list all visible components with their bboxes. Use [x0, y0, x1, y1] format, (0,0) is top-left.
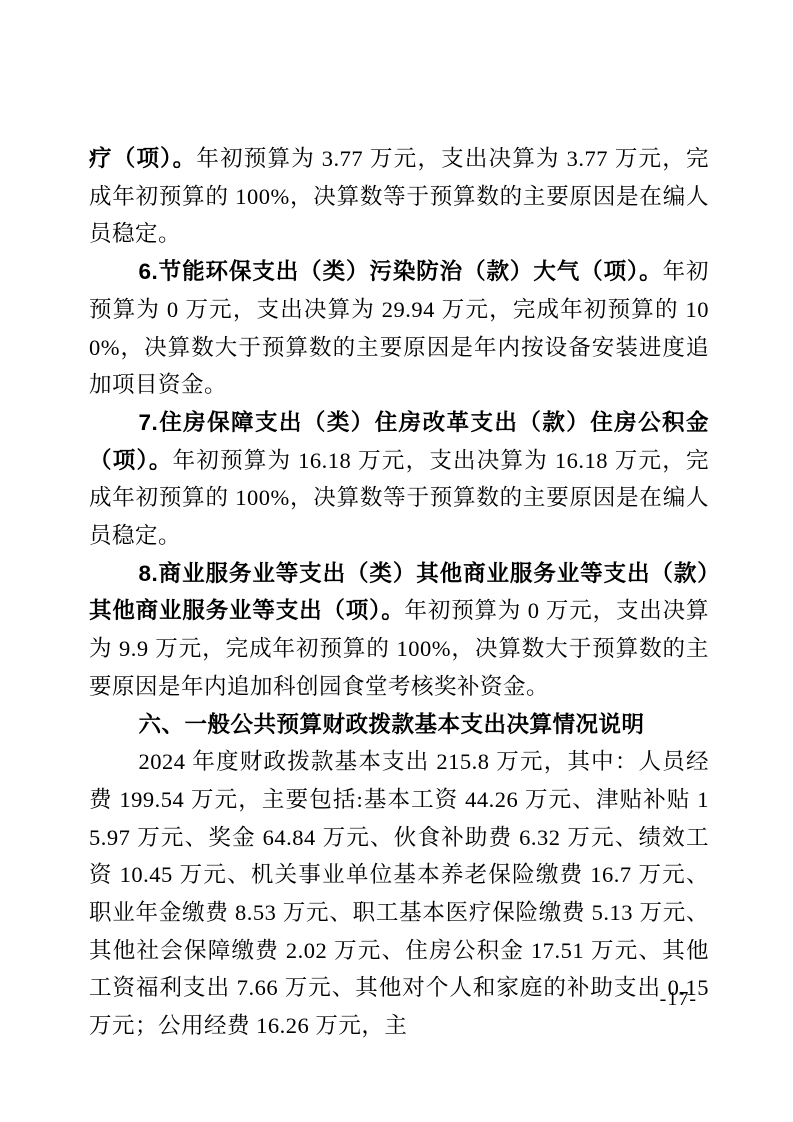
document-body: 疗（项）。年初预算为 3.77 万元，支出决算为 3.77 万元，完成年初预算的…: [89, 140, 709, 1045]
section-heading-basic-expenditure: 六、一般公共预算财政拨款基本支出决算情况说明: [89, 706, 709, 744]
paragraph-basic-expenditure-detail: 2024 年度财政拨款基本支出 215.8 万元，其中：人员经费 199.54 …: [89, 743, 709, 1045]
paragraph-item8: 8.商业服务业等支出（类）其他商业服务业等支出（款）其他商业服务业等支出（项）。…: [89, 555, 709, 706]
basic-expenditure-body-text: 2024 年度财政拨款基本支出 215.8 万元，其中：人员经费 199.54 …: [89, 749, 709, 1038]
item6-bold-lead: 6.节能环保支出（类）污染防治（款）大气（项）。: [139, 259, 663, 284]
paragraph-item7: 7.住房保障支出（类）住房改革支出（款）住房公积金（项）。年初预算为 16.18…: [89, 404, 709, 555]
item5-bold-lead: 疗（项）。: [89, 146, 196, 171]
document-page: 疗（项）。年初预算为 3.77 万元，支出决算为 3.77 万元，完成年初预算的…: [0, 0, 793, 1122]
item7-body-text: 年初预算为 16.18 万元，支出决算为 16.18 万元，完成年初预算的 10…: [89, 448, 709, 548]
paragraph-item6: 6.节能环保支出（类）污染防治（款）大气（项）。年初预算为 0 万元，支出决算为…: [89, 253, 709, 404]
page-number: -17-: [660, 988, 697, 1010]
paragraph-continuation-item5: 疗（项）。年初预算为 3.77 万元，支出决算为 3.77 万元，完成年初预算的…: [89, 140, 709, 253]
